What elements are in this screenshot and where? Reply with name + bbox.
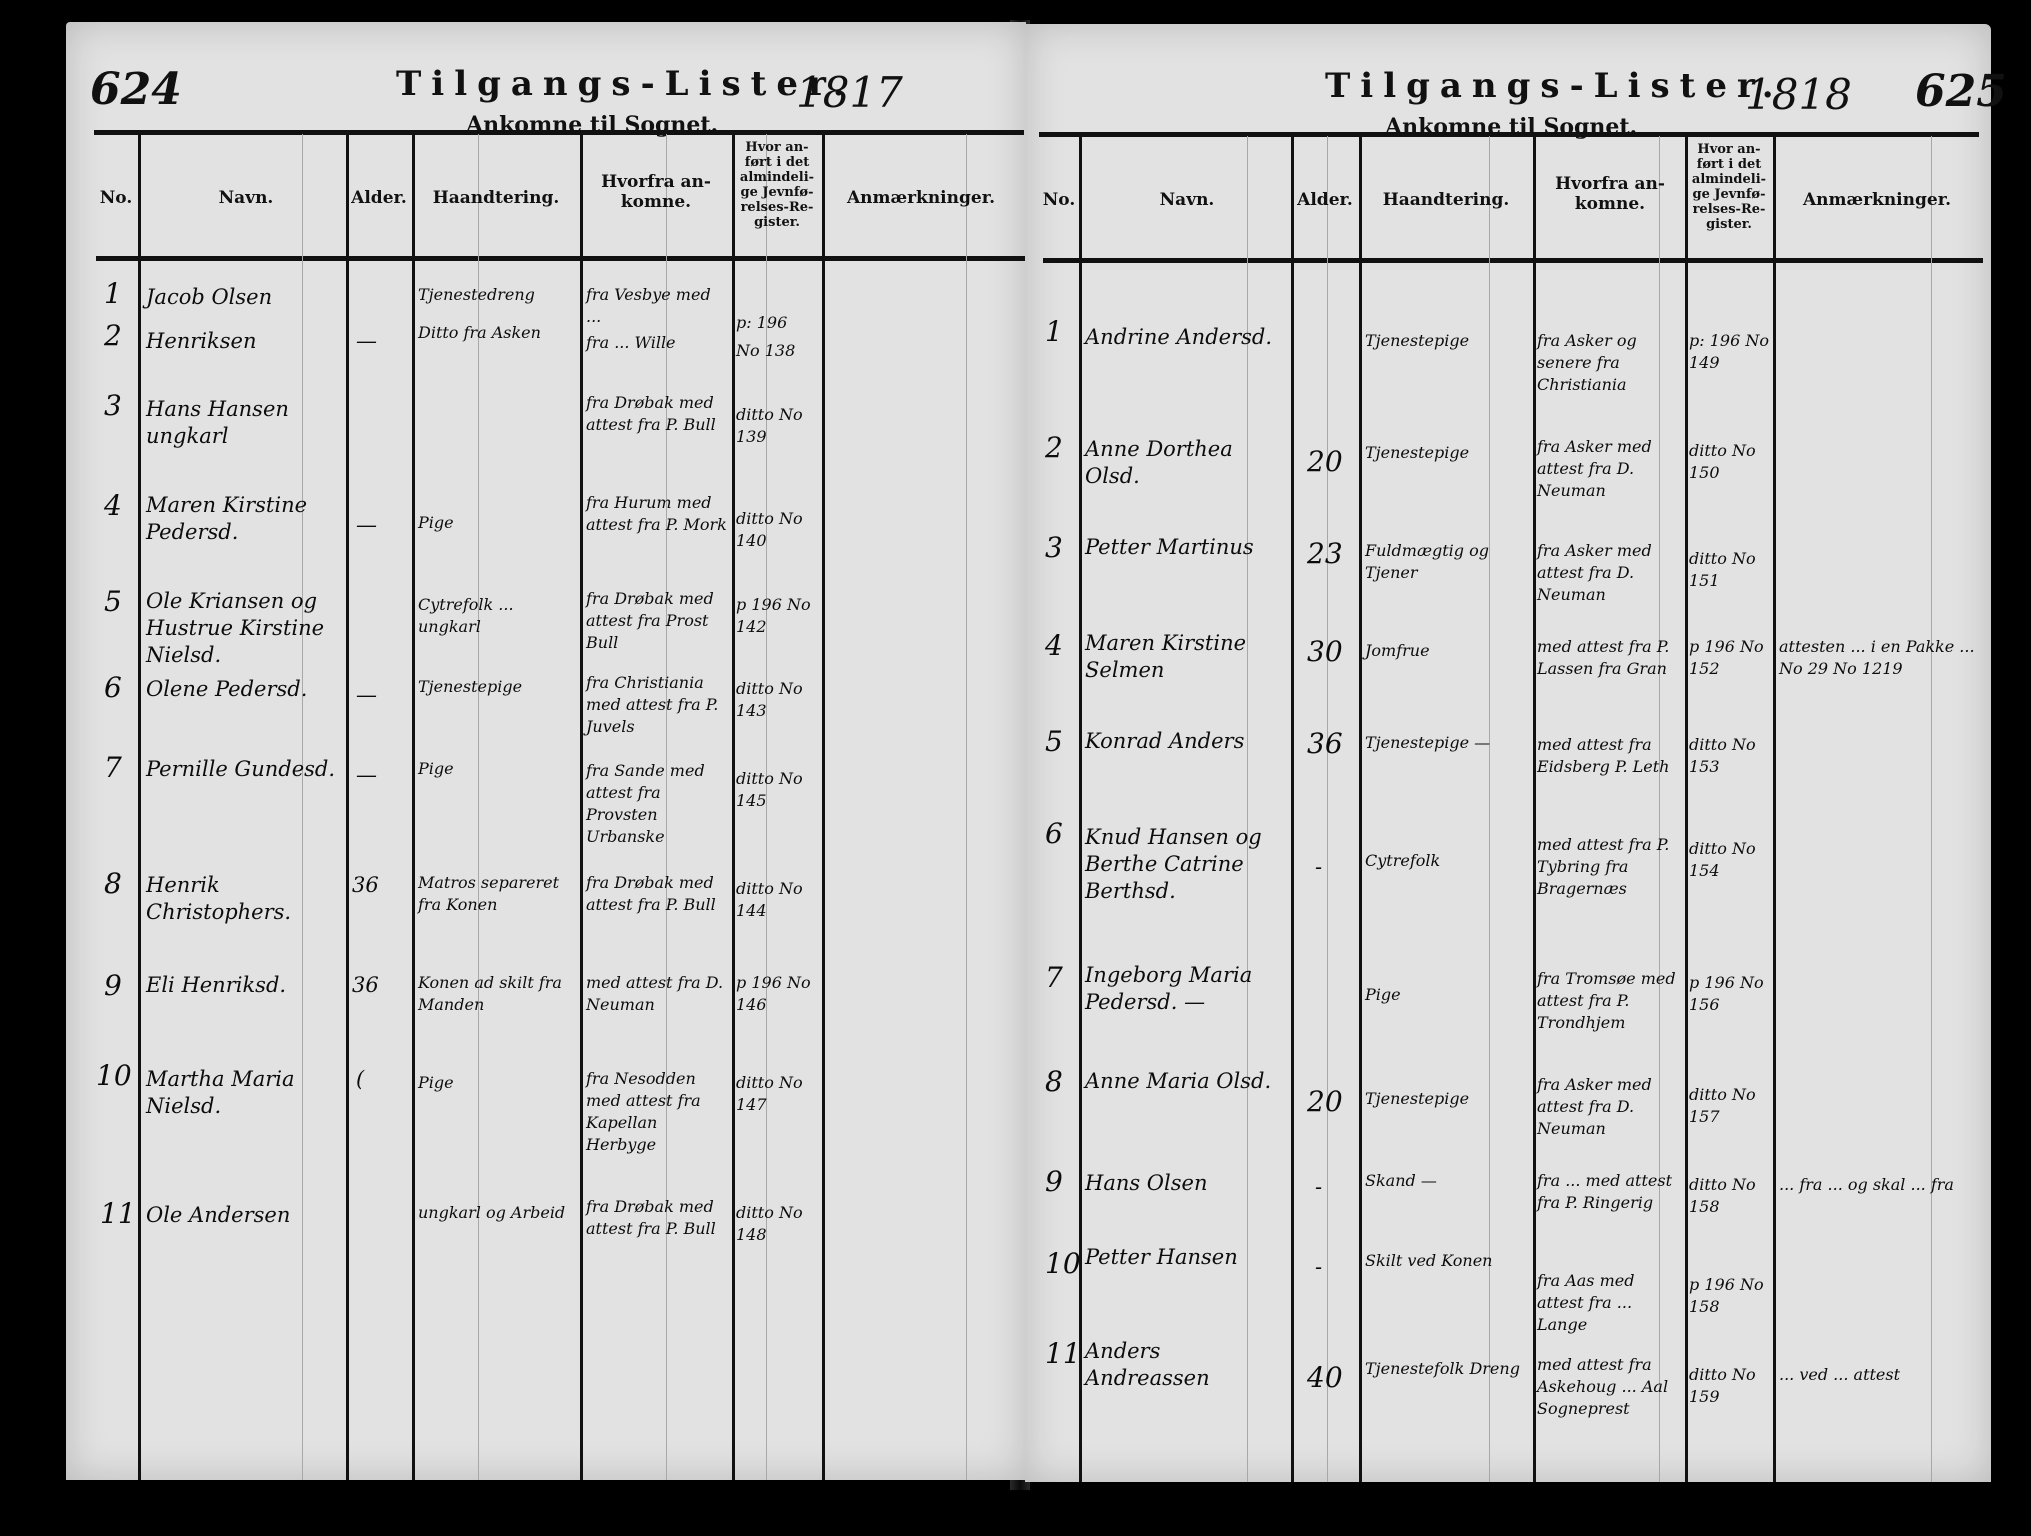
entry-from: fra Aas med attest fra ... Lange bbox=[1537, 1270, 1683, 1336]
entry-register-ref: ditto No 159 bbox=[1689, 1364, 1771, 1408]
entry-from: med attest fra P. Lassen fra Gran bbox=[1537, 636, 1683, 680]
entry-no: 11 bbox=[100, 1200, 136, 1227]
entry-from: fra Drøbak med attest fra P. Bull bbox=[586, 872, 730, 916]
col-header-from: Hvorfra an-komne. bbox=[596, 172, 716, 212]
entry-name: Maren Kirstine Selmen bbox=[1085, 630, 1289, 684]
entry-no: 5 bbox=[104, 588, 122, 615]
entry-register-ref: ditto No 154 bbox=[1689, 838, 1771, 882]
col-header-age: Alder. bbox=[1293, 190, 1357, 210]
column-divider bbox=[1773, 136, 1776, 1482]
entry-no: 2 bbox=[104, 322, 122, 349]
entry-register-ref: p 196 No 152 bbox=[1689, 636, 1771, 680]
entry-age: — bbox=[356, 762, 406, 789]
entry-no: 8 bbox=[1045, 1068, 1063, 1095]
entry-name: Hans Olsen bbox=[1085, 1170, 1289, 1197]
entry-occupation: Tjenestefolk Dreng bbox=[1365, 1358, 1531, 1380]
entry-name: Ole Kriansen og Hustrue Kirstine Nielsd. bbox=[146, 588, 342, 669]
entry-occupation: Pige bbox=[418, 512, 578, 534]
entry-register-ref: ditto No 140 bbox=[736, 508, 820, 552]
entry-name: Hans Hansen ungkarl bbox=[146, 396, 342, 450]
entry-from: fra Sande med attest fra Provsten Urbans… bbox=[586, 760, 730, 848]
entry-name: Jacob Olsen bbox=[146, 284, 342, 311]
folio-number: 625 bbox=[1915, 66, 2007, 117]
column-divider bbox=[1291, 136, 1294, 1482]
entry-register-ref: ditto No 157 bbox=[1689, 1084, 1771, 1128]
entry-age: — bbox=[356, 682, 406, 709]
year: 1817 bbox=[796, 68, 903, 117]
entry-name: Olene Pedersd. bbox=[146, 676, 342, 703]
entry-no: 1 bbox=[104, 280, 122, 307]
entry-no: 9 bbox=[104, 972, 122, 999]
entry-register-ref: ditto No 147 bbox=[736, 1072, 820, 1116]
entry-age: 20 bbox=[1307, 448, 1357, 475]
entry-name: Eli Henriksd. bbox=[146, 972, 342, 999]
entry-register-ref: ditto No 150 bbox=[1689, 440, 1771, 484]
entry-occupation: Tjenestedreng bbox=[418, 284, 578, 306]
faint-line bbox=[966, 134, 967, 1480]
entry-from: med attest fra Askehoug ... Aal Sognepre… bbox=[1537, 1354, 1683, 1420]
entry-age: 20 bbox=[1307, 1088, 1357, 1115]
entry-register-ref: p 196 No 158 bbox=[1689, 1274, 1771, 1318]
entry-register-ref: ditto No 139 bbox=[736, 404, 820, 448]
entry-no: 7 bbox=[1045, 964, 1063, 991]
entry-from: med attest fra P. Tybring fra Bragernæs bbox=[1537, 834, 1683, 900]
col-header-no: No. bbox=[1039, 190, 1079, 210]
col-header-occupation: Haandtering. bbox=[1361, 190, 1531, 210]
entry-age: 36 bbox=[352, 872, 406, 899]
entry-from: fra Nesodden med attest fra Kapellan Her… bbox=[586, 1068, 730, 1156]
entry-name: Martha Maria Nielsd. bbox=[146, 1066, 342, 1120]
entry-occupation: Fuldmægtig og Tjener bbox=[1365, 540, 1531, 584]
entry-register-ref: No 138 bbox=[736, 340, 820, 362]
entry-remarks: attesten ... i en Pakke ... No 29 No 121… bbox=[1779, 636, 1975, 680]
entry-from: fra Drøbak med attest fra P. Bull bbox=[586, 1196, 730, 1240]
entry-from: fra ... Wille bbox=[586, 332, 730, 354]
entry-register-ref: p: 196 No 149 bbox=[1689, 330, 1771, 374]
entry-register-ref: ditto No 158 bbox=[1689, 1174, 1771, 1218]
entry-from: fra Asker med attest fra D. Neuman bbox=[1537, 436, 1683, 502]
entry-register-ref: ditto No 143 bbox=[736, 678, 820, 722]
entry-name: Anne Maria Olsd. bbox=[1085, 1068, 1289, 1095]
entry-age: — bbox=[356, 512, 406, 539]
entry-occupation: Pige bbox=[418, 1072, 578, 1094]
entry-occupation: Skand — bbox=[1365, 1170, 1531, 1192]
col-header-remarks: Anmærkninger. bbox=[1777, 190, 1977, 210]
entry-no: 8 bbox=[104, 870, 122, 897]
entry-name: Petter Hansen bbox=[1085, 1244, 1289, 1271]
col-header-no: No. bbox=[96, 188, 136, 208]
entry-name: Andrine Andersd. bbox=[1085, 324, 1289, 351]
entry-no: 5 bbox=[1045, 728, 1063, 755]
header-bottom-rule bbox=[96, 256, 1026, 261]
col-header-name: Navn. bbox=[146, 188, 346, 208]
entry-from: fra Hurum med attest fra P. Mork bbox=[586, 492, 730, 536]
entry-from: med attest fra D. Neuman bbox=[586, 972, 730, 1016]
entry-from: fra Christiania med attest fra P. Juvels bbox=[586, 672, 730, 738]
entry-occupation: Ditto fra Asken bbox=[418, 322, 578, 344]
entry-remarks: ... ved ... attest bbox=[1779, 1364, 1975, 1386]
entry-name: Konrad Anders bbox=[1085, 728, 1289, 755]
entry-from: fra Drøbak med attest fra P. Bull bbox=[586, 392, 730, 436]
entry-age: - bbox=[1315, 1174, 1355, 1201]
entry-name: Pernille Gundesd. bbox=[146, 756, 342, 783]
entry-occupation: Tjenestepige bbox=[418, 676, 578, 698]
entry-from: fra Vesbye med ... bbox=[586, 284, 730, 328]
entry-occupation: Konen ad skilt fra Manden bbox=[418, 972, 578, 1016]
right-page: Tilgangs-Lister. 1818 625 Ankomne til So… bbox=[1025, 24, 1991, 1482]
entry-name: Anne Dorthea Olsd. bbox=[1085, 436, 1289, 490]
page-title: Tilgangs-Lister. bbox=[396, 64, 855, 104]
entry-name: Knud Hansen og Berthe Catrine Berthsd. bbox=[1085, 824, 1289, 905]
faint-line bbox=[1931, 136, 1932, 1482]
entry-register-ref: ditto No 148 bbox=[736, 1202, 820, 1246]
column-divider bbox=[822, 134, 825, 1480]
entry-occupation: Pige bbox=[1365, 984, 1531, 1006]
entry-from: fra Asker og senere fra Christiania bbox=[1537, 330, 1683, 396]
entry-no: 3 bbox=[104, 392, 122, 419]
folio-number: 624 bbox=[90, 64, 182, 115]
entry-occupation: Matros separeret fra Konen bbox=[418, 872, 578, 916]
column-divider bbox=[138, 134, 141, 1480]
entry-from: fra ... med attest fra P. Ringerig bbox=[1537, 1170, 1683, 1214]
entry-no: 9 bbox=[1045, 1168, 1063, 1195]
column-divider bbox=[1079, 136, 1082, 1482]
entry-age: 30 bbox=[1307, 638, 1357, 665]
col-header-register: Hvor an-ført i det almindeli-ge Jevnfø-r… bbox=[734, 140, 820, 230]
column-divider bbox=[1533, 136, 1536, 1482]
entry-no: 3 bbox=[1045, 534, 1063, 561]
entry-from: fra Drøbak med attest fra Prost Bull bbox=[586, 588, 730, 654]
entry-no: 6 bbox=[1045, 820, 1063, 847]
entry-register-ref: ditto No 144 bbox=[736, 878, 820, 922]
entry-name: Maren Kirstine Pedersd. bbox=[146, 492, 342, 546]
entry-age: - bbox=[1315, 1254, 1355, 1281]
entry-no: 2 bbox=[1045, 434, 1063, 461]
col-header-from: Hvorfra an-komne. bbox=[1547, 174, 1673, 214]
col-header-register: Hvor an-ført i det almindeli-ge Jevnfø-r… bbox=[1687, 142, 1771, 232]
column-divider bbox=[412, 134, 415, 1480]
entry-from: med attest fra Eidsberg P. Leth bbox=[1537, 734, 1683, 778]
left-page: 624 Tilgangs-Lister. 1817 Ankomne til So… bbox=[66, 22, 1026, 1480]
entry-register-ref: p 196 No 142 bbox=[736, 594, 820, 638]
entry-register-ref: p: 196 bbox=[736, 312, 820, 334]
header-bottom-rule bbox=[1043, 258, 1983, 263]
entry-occupation: Tjenestepige bbox=[1365, 330, 1531, 352]
entry-from: fra Asker med attest fra D. Neuman bbox=[1537, 540, 1683, 606]
entry-no: 7 bbox=[104, 754, 122, 781]
entry-no: 11 bbox=[1045, 1340, 1081, 1367]
entry-name: Henrik Christophers. bbox=[146, 872, 342, 926]
header-top-rule bbox=[1039, 132, 1979, 137]
column-divider bbox=[732, 134, 735, 1480]
entry-no: 6 bbox=[104, 674, 122, 701]
entry-age: — bbox=[356, 328, 406, 355]
entry-register-ref: ditto No 145 bbox=[736, 768, 820, 812]
col-header-remarks: Anmærkninger. bbox=[826, 188, 1016, 208]
col-header-age: Alder. bbox=[348, 188, 410, 208]
entry-occupation: Jomfrue bbox=[1365, 640, 1531, 662]
entry-from: fra Tromsøe med attest fra P. Trondhjem bbox=[1537, 968, 1683, 1034]
entry-name: Henriksen bbox=[146, 328, 342, 355]
column-divider bbox=[1359, 136, 1362, 1482]
column-divider bbox=[346, 134, 349, 1480]
entry-occupation: Tjenestepige — bbox=[1365, 732, 1531, 754]
entry-age: 23 bbox=[1307, 540, 1357, 567]
entry-occupation: Tjenestepige bbox=[1365, 442, 1531, 464]
entry-age: 40 bbox=[1307, 1364, 1357, 1391]
entry-no: 10 bbox=[1045, 1250, 1081, 1277]
col-header-occupation: Haandtering. bbox=[414, 188, 578, 208]
column-divider bbox=[580, 134, 583, 1480]
column-divider bbox=[1685, 136, 1688, 1482]
page-title: Tilgangs-Lister. bbox=[1325, 66, 1784, 106]
header-top-rule bbox=[94, 130, 1024, 135]
entry-occupation: Tjenestepige bbox=[1365, 1088, 1531, 1110]
entry-occupation: ungkarl og Arbeid bbox=[418, 1202, 578, 1224]
entry-name: Ole Andersen bbox=[146, 1202, 342, 1229]
entry-register-ref: p 196 No 146 bbox=[736, 972, 820, 1016]
entry-register-ref: ditto No 153 bbox=[1689, 734, 1771, 778]
entry-no: 10 bbox=[96, 1062, 132, 1089]
entry-no: 4 bbox=[1045, 632, 1063, 659]
entry-age: ( bbox=[356, 1066, 406, 1093]
entry-occupation: Pige bbox=[418, 758, 578, 780]
entry-age: 36 bbox=[1307, 730, 1357, 757]
year: 1818 bbox=[1745, 70, 1852, 119]
entry-age: 36 bbox=[352, 972, 406, 999]
entry-register-ref: p 196 No 156 bbox=[1689, 972, 1771, 1016]
entry-no: 4 bbox=[104, 492, 122, 519]
entry-register-ref: ditto No 151 bbox=[1689, 548, 1771, 592]
entry-from: fra Asker med attest fra D. Neuman bbox=[1537, 1074, 1683, 1140]
col-header-name: Navn. bbox=[1085, 190, 1289, 210]
entry-no: 1 bbox=[1045, 318, 1063, 345]
entry-occupation: Cytrefolk ... ungkarl bbox=[418, 594, 578, 638]
entry-name: Ingeborg Maria Pedersd. — bbox=[1085, 962, 1289, 1016]
entry-occupation: Cytrefolk bbox=[1365, 850, 1531, 872]
entry-age: - bbox=[1315, 854, 1355, 881]
entry-name: Petter Martinus bbox=[1085, 534, 1289, 561]
entry-name: Anders Andreassen bbox=[1085, 1338, 1289, 1392]
entry-remarks: ... fra ... og skal ... fra bbox=[1779, 1174, 1975, 1196]
entry-occupation: Skilt ved Konen bbox=[1365, 1250, 1531, 1272]
